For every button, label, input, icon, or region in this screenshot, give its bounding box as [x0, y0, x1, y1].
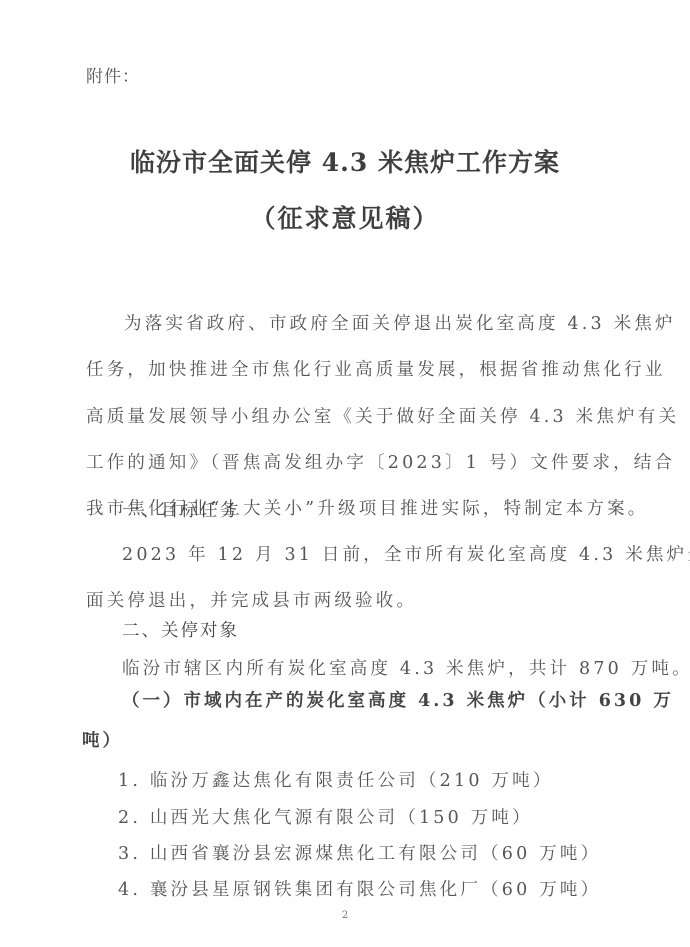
- plant-item: 1. 临汾万鑫达焦化有限责任公司（210 万吨）: [118, 767, 554, 792]
- intro-line: 为落实省政府、市政府全面关停退出炭化室高度 4.3 米焦炉: [124, 310, 676, 335]
- page-number: 2: [0, 910, 690, 921]
- plant-item: 4. 襄汾县星原钢铁集团有限公司焦化厂（60 万吨）: [118, 876, 601, 901]
- plant-item: 3. 山西省襄汾县宏源煤焦化工有限公司（60 万吨）: [118, 840, 601, 865]
- section-heading-1: 一、目标任务: [122, 497, 239, 522]
- subsection-heading: （一）市域内在产的炭化室高度 4.3 米焦炉（小计 630 万: [122, 687, 674, 712]
- section2-line: 临汾市辖区内所有炭化室高度 4.3 米焦炉，共计 870 万吨。: [122, 655, 690, 680]
- intro-line: 高质量发展领导小组办公室《关于做好全面关停 4.3 米焦炉有关: [86, 403, 679, 428]
- plant-item: 2. 山西光大焦化气源有限公司（150 万吨）: [118, 804, 533, 829]
- document-subtitle: （征求意见稿）: [0, 199, 690, 235]
- section1-line: 2023 年 12 月 31 日前，全市所有炭化室高度 4.3 米焦炉全: [122, 541, 690, 566]
- document-title: 临汾市全面关停 4.3 米焦炉工作方案: [0, 143, 690, 179]
- attachment-label: 附件：: [86, 62, 140, 87]
- section1-line: 面关停退出，并完成县市两级验收。: [86, 587, 417, 612]
- subsection-heading-cont: 吨）: [82, 727, 123, 752]
- section-heading-2: 二、关停对象: [122, 617, 239, 642]
- intro-line: 工作的通知》（晋焦高发组办字〔2023〕1 号）文件要求，结合: [86, 449, 675, 474]
- intro-line: 任务，加快推进全市焦化行业高质量发展，根据省推动焦化行业: [86, 356, 666, 381]
